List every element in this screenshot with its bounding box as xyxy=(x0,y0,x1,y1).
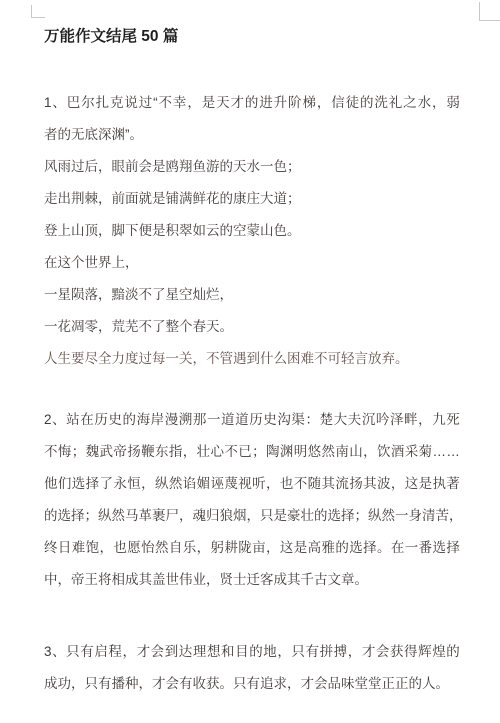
text-line: 走出荆棘，前面就是铺满鲜花的康庄大道； xyxy=(44,183,460,215)
text-line: 一花凋零，荒芜不了整个春天。 xyxy=(44,311,460,343)
document-page: 万能作文结尾 50 篇 1、巴尔扎克说过“不幸，是天才的进升阶梯，信徒的洗礼之水… xyxy=(0,0,500,723)
text-line: 风雨过后，眼前会是鸥翔鱼游的天水一色； xyxy=(44,151,460,183)
text-line: 者的无底深渊”。 xyxy=(44,119,460,151)
text-line: 在这个世界上， xyxy=(44,247,460,279)
document-title: 万能作文结尾 50 篇 xyxy=(44,21,178,53)
text-line: 他们选择了永恒，纵然谄媚诬蔑视听，也不随其流扬其波，这是执著 xyxy=(44,468,460,500)
text-line: 人生要尽全力度过每一关，不管遇到什么困难不可轻言放弃。 xyxy=(44,343,460,375)
text-boundary-mark-top-left xyxy=(31,5,45,18)
text-line: 不悔；魏武帝扬鞭东指，壮心不已；陶渊明悠然南山，饮酒采菊…… xyxy=(44,436,460,468)
text-line: 1、巴尔扎克说过“不幸，是天才的进升阶梯，信徒的洗礼之水，弱 xyxy=(44,87,460,119)
text-line: 3、只有启程，才会到达理想和目的地，只有拼搏，才会获得辉煌的 xyxy=(44,636,460,668)
text-line: 登上山顶，脚下便是积翠如云的空蒙山色。 xyxy=(44,215,460,247)
paragraph-2: 2、站在历史的海岸漫溯那一道道历史沟渠：楚大夫沉吟泽畔，九死不悔；魏武帝扬鞭东指… xyxy=(44,404,460,596)
text-boundary-mark-top-right xyxy=(479,2,500,21)
text-line: 的选择；纵然马革裹尸，魂归狼烟，只是豪壮的选择；纵然一身清苦， xyxy=(44,500,460,532)
paragraph-1: 1、巴尔扎克说过“不幸，是天才的进升阶梯，信徒的洗礼之水，弱者的无底深渊”。风雨… xyxy=(44,87,460,375)
text-line: 一星陨落，黯淡不了星空灿烂， xyxy=(44,279,460,311)
text-line: 终日难饱，也愿怡然自乐，躬耕陇亩，这是高雅的选择。在一番选择 xyxy=(44,532,460,564)
text-line: 中，帝王将相成其盖世伟业，贤士迁客成其千古文章。 xyxy=(44,564,460,596)
text-line: 成功，只有播种，才会有收获。只有追求，才会品味堂堂正正的人。 xyxy=(44,668,460,700)
paragraph-3: 3、只有启程，才会到达理想和目的地，只有拼搏，才会获得辉煌的成功，只有播种，才会… xyxy=(44,636,460,700)
text-line: 2、站在历史的海岸漫溯那一道道历史沟渠：楚大夫沉吟泽畔，九死 xyxy=(44,404,460,436)
